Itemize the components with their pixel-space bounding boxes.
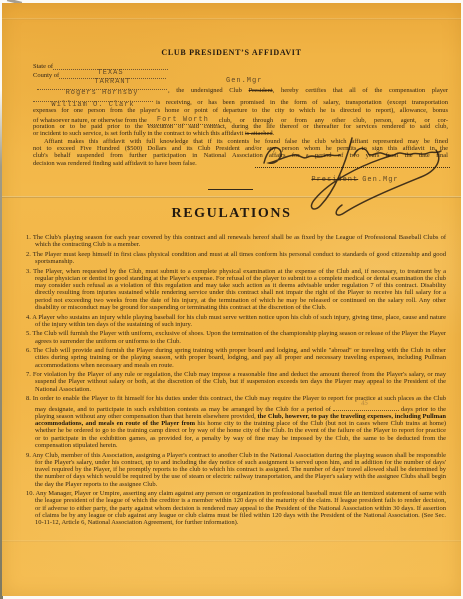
state-blank: TEXAS: [53, 61, 168, 70]
county-blank: TARRANT: [59, 70, 166, 79]
president-name-blank: Rogers Hornsby: [37, 81, 167, 90]
regulation-item-8: 8. In order to enable the Player to fit …: [26, 395, 446, 449]
regulation-item-7: 7. For violation by the Player of any ru…: [26, 371, 446, 393]
regulation-item-1: 1. The Club's playing season for each ye…: [26, 234, 446, 249]
player-name-blank: William O. Clark: [33, 93, 153, 102]
state-field: State of TEXAS: [33, 61, 168, 70]
regulation-item-5: 5. The Club will furnish the Player with…: [26, 330, 446, 345]
regulation-item-3: 3. The Player, when requested by the Clu…: [26, 268, 446, 312]
pencil-days-note: 45: [360, 399, 368, 407]
affidavit-line-c: expenses for one person from the player'…: [33, 107, 448, 116]
affidavit-paper: CLUB PRESIDENT’S AFFIDAVIT State of TEXA…: [2, 3, 461, 596]
struck-president-title: President: [311, 176, 358, 184]
gen-mgr-overtype: Gen.Mgr: [226, 77, 262, 85]
county-field: County of TARRANT: [33, 70, 166, 79]
affidavit-line-a: , the undersigned Club President, hereby…: [168, 87, 448, 96]
gen-mgr-signature-title: Gen.Mgr: [362, 176, 398, 184]
fold-crease-bottom: [2, 540, 461, 542]
regulation-item-10: 10. Any Manager, Player or Umpire, asser…: [26, 490, 446, 526]
regulation-item-2: 2. The Player must keep himself in first…: [26, 251, 446, 266]
state-label: State of: [33, 63, 53, 70]
signature-title-row: President Gen.Mgr: [255, 168, 455, 186]
struck-president-word: President: [249, 87, 273, 94]
scanned-affidavit-page: { "colors": { "paper": "#f3b94b", "ink":…: [0, 0, 463, 599]
days-blank: 45: [333, 403, 399, 411]
regulation-item-6: 6. The Club will provide and furnish the…: [26, 347, 446, 369]
struck-is-attached: is attached: [245, 130, 273, 137]
document-title: CLUB PRESIDENT’S AFFIDAVIT: [2, 48, 461, 57]
fold-crease-top: [2, 18, 461, 20]
section-divider-line: [208, 189, 253, 190]
regulations-list: 1. The Club's playing season for each ye…: [26, 234, 446, 529]
county-label: County of: [33, 72, 59, 79]
regulation-item-9: 9. Any Club, member of this Association,…: [26, 452, 446, 488]
fold-crease-middle: [2, 196, 461, 198]
regulations-title: REGULATIONS: [2, 206, 461, 222]
regulation-item-4: 4. A Player who sustains an injury while…: [26, 314, 446, 329]
